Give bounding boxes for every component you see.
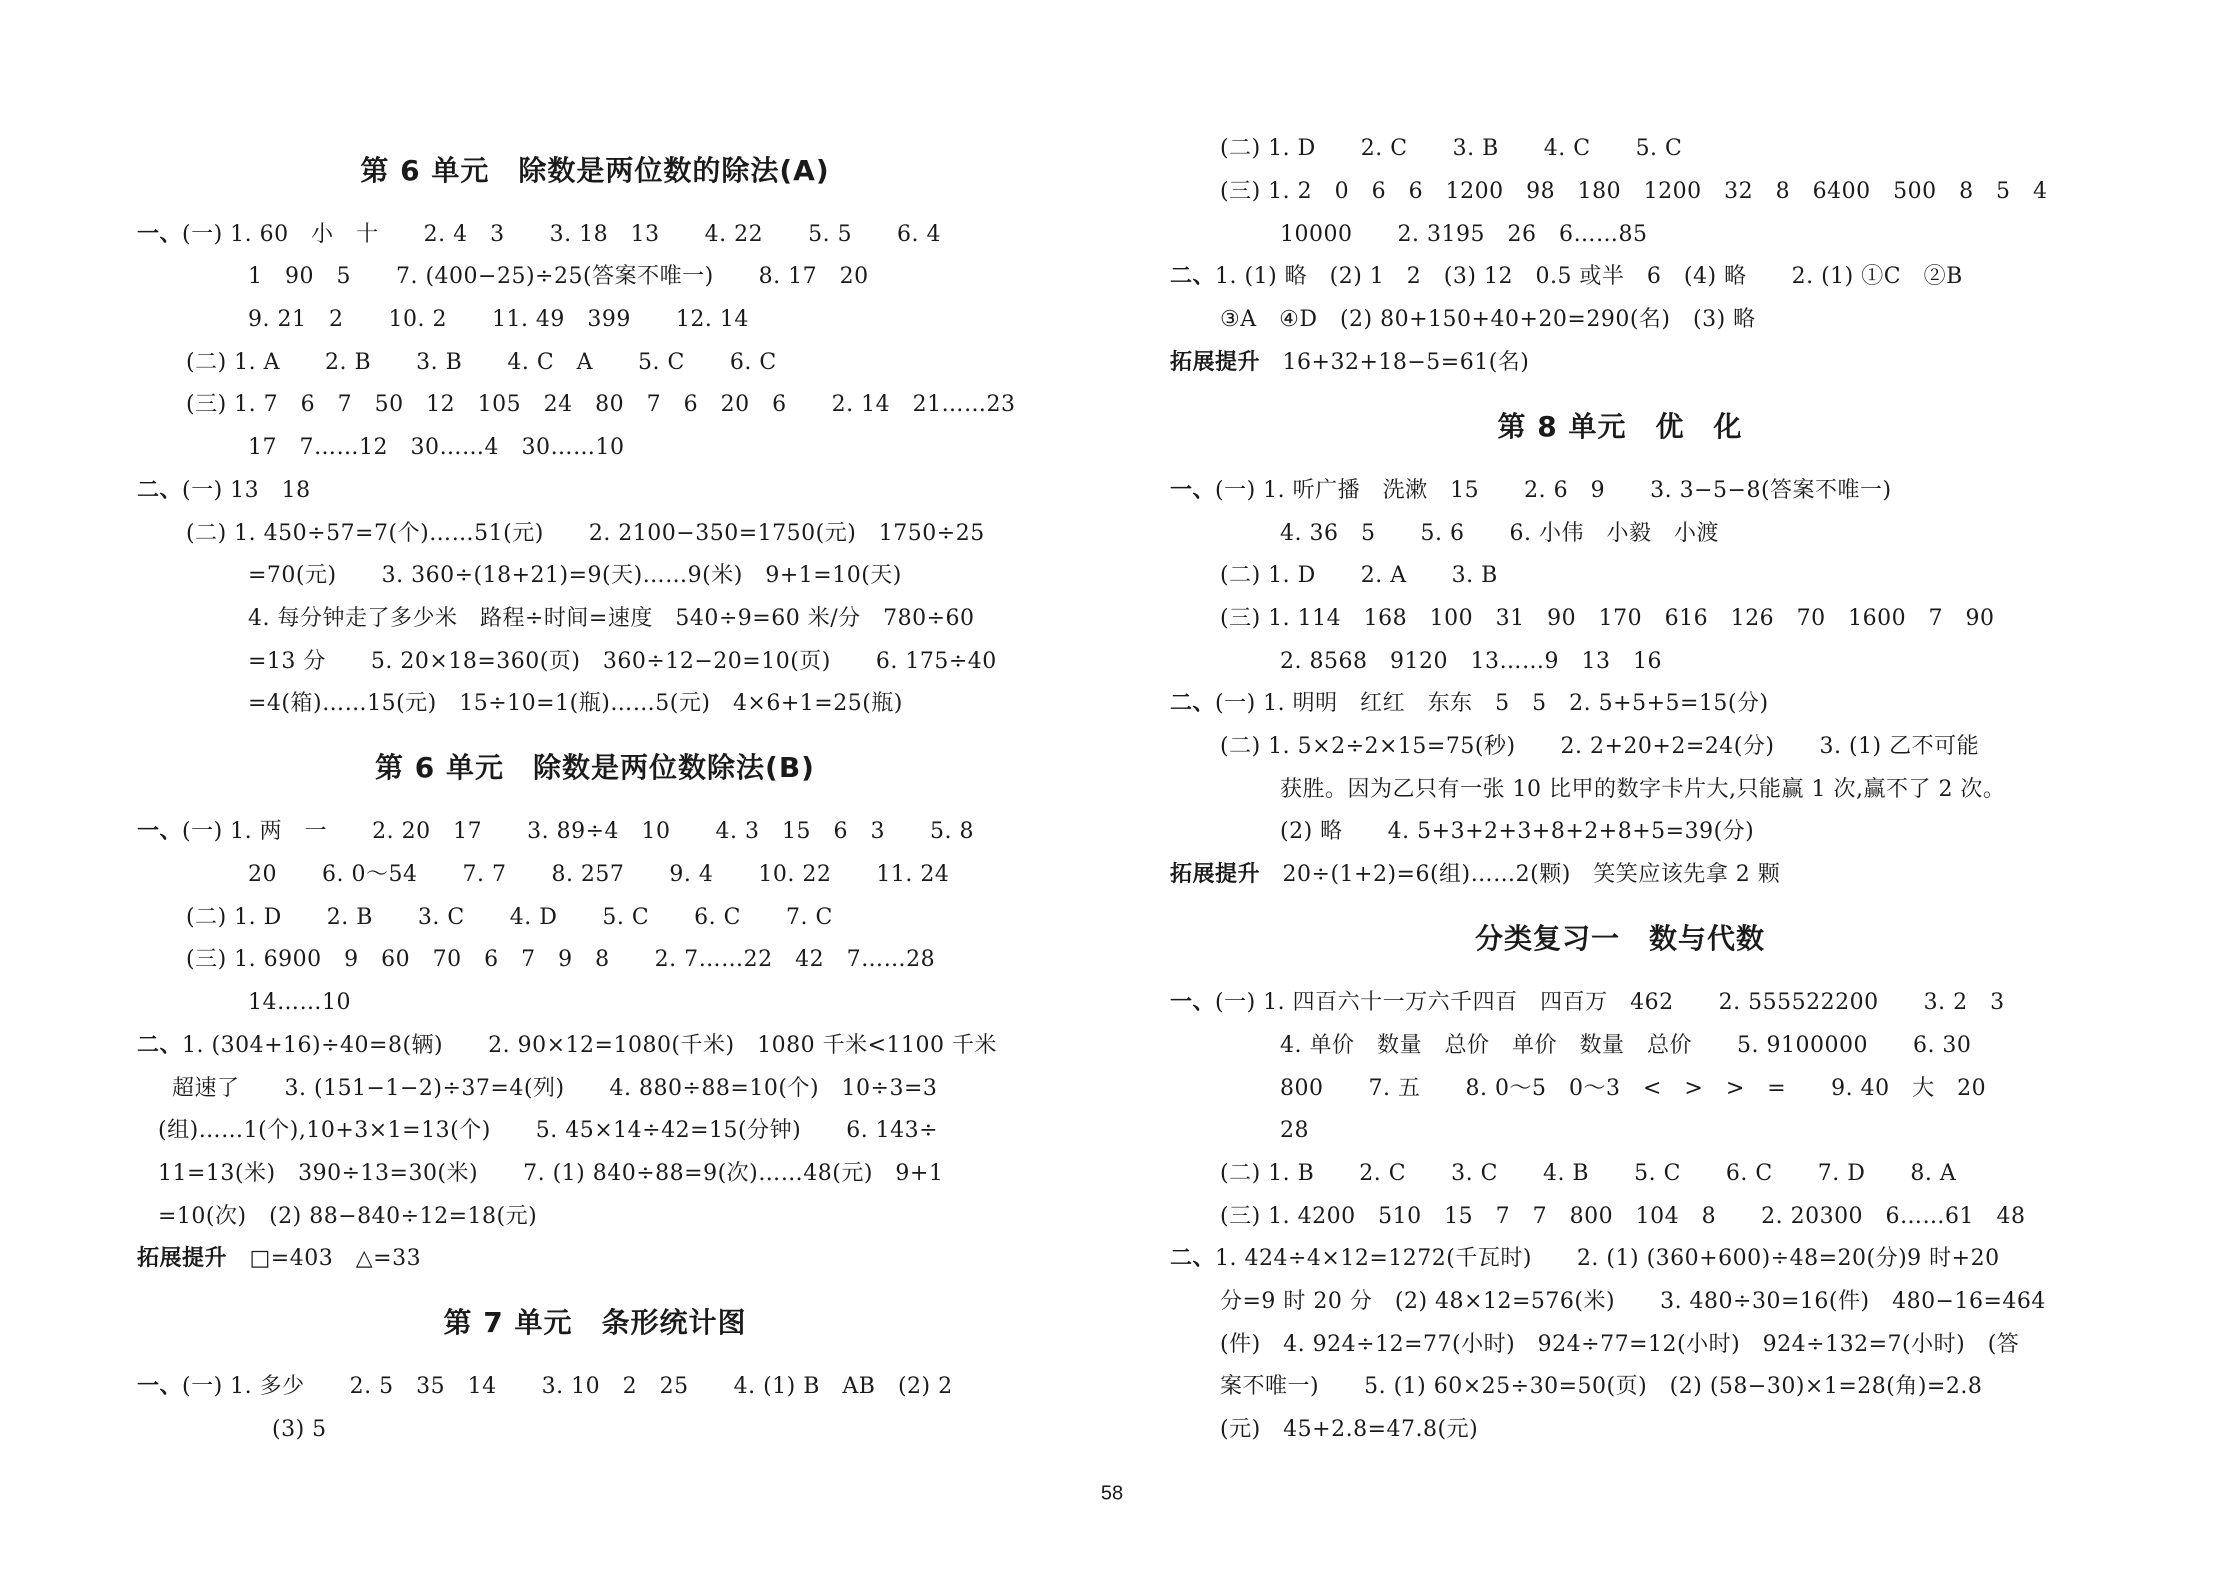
- answer-line: ③A ④D (2) 80+150+40+20=290(名) (3) 略: [1220, 306, 1756, 334]
- answer-text: (二) 1. 5×2÷2×15=75(秒) 2. 2+20+2=24(分) 3.…: [1220, 734, 1979, 759]
- question-marker: 二、: [137, 1033, 182, 1058]
- answer-text: (元) 45+2.8=47.8(元): [1220, 1417, 1478, 1442]
- answer-text: (一) 13 18: [182, 478, 311, 503]
- answer-key-page: 第 6 单元 除数是两位数的除法(A)一、(一) 1. 60 小 十 2. 4 …: [0, 0, 2220, 1571]
- answer-text: 4. 单价 数量 总价 单价 数量 总价 5. 9100000 6. 30: [1280, 1033, 1971, 1058]
- answer-line: 二、(一) 13 18: [137, 477, 311, 505]
- answer-text: 4. 36 5 5. 6 6. 小伟 小毅 小渡: [1280, 521, 1719, 546]
- answer-text: (一) 1. 60 小 十 2. 4 3 3. 18 13 4. 22 5. 5…: [182, 222, 941, 247]
- answer-text: 17 7……12 30……4 30……10: [248, 435, 624, 460]
- answer-line: 9. 21 2 10. 2 11. 49 399 12. 14: [248, 306, 749, 334]
- answer-line: =13 分 5. 20×18=360(页) 360÷12−20=10(页) 6.…: [248, 648, 997, 676]
- answer-line: (2) 略 4. 5+3+2+3+8+2+8+5=39(分): [1280, 818, 1754, 846]
- question-marker: 一、: [137, 819, 182, 844]
- answer-line: (元) 45+2.8=47.8(元): [1220, 1416, 1478, 1444]
- answer-line: 17 7……12 30……4 30……10: [248, 434, 624, 462]
- answer-line: 一、(一) 1. 两 一 2. 20 17 3. 89÷4 10 4. 3 15…: [137, 818, 974, 846]
- answer-text: (3) 5: [272, 1417, 327, 1442]
- answer-line: =10(次) (2) 88−840÷12=18(元): [158, 1203, 537, 1231]
- answer-line: 二、1. 424÷4×12=1272(千瓦时) 2. (1) (360+600)…: [1170, 1245, 2000, 1273]
- answer-text: 获胜。因为乙只有一张 10 比甲的数字卡片大,只能赢 1 次,赢不了 2 次。: [1280, 777, 2005, 802]
- answer-text: (2) 略 4. 5+3+2+3+8+2+8+5=39(分): [1280, 819, 1754, 844]
- extension-label: 拓展提升: [1170, 350, 1260, 375]
- answer-text: (二) 1. B 2. C 3. C 4. B 5. C 6. C 7. D 8…: [1220, 1161, 1956, 1186]
- answer-line: 案不唯一) 5. (1) 60×25÷30=50(页) (2) (58−30)×…: [1220, 1373, 1982, 1401]
- answer-line: 超速了 3. (151−1−2)÷37=4(列) 4. 880÷88=10(个)…: [172, 1075, 937, 1103]
- answer-text: (三) 1. 114 168 100 31 90 170 616 126 70 …: [1220, 606, 1995, 631]
- answer-line: (件) 4. 924÷12=77(小时) 924÷77=12(小时) 924÷1…: [1220, 1331, 2019, 1359]
- answer-line: (三) 1. 114 168 100 31 90 170 616 126 70 …: [1220, 605, 1995, 633]
- answer-text: 1. (304+16)÷40=8(辆) 2. 90×12=1080(千米) 10…: [182, 1033, 997, 1058]
- answer-text: 超速了 3. (151−1−2)÷37=4(列) 4. 880÷88=10(个)…: [172, 1076, 937, 1101]
- answer-line: 28: [1280, 1117, 1309, 1145]
- answer-text: (二) 1. A 2. B 3. B 4. C A 5. C 6. C: [186, 350, 777, 375]
- answer-text: 2. 8568 9120 13……9 13 16: [1280, 649, 1662, 674]
- answer-line: (二) 1. D 2. C 3. B 4. C 5. C: [1220, 135, 1682, 163]
- answer-text: 10000 2. 3195 26 6……85: [1280, 222, 1647, 247]
- answer-text: (一) 1. 四百六十一万六千四百 四百万 462 2. 555522200 3…: [1215, 990, 2005, 1015]
- question-marker: 一、: [1170, 478, 1215, 503]
- question-marker: 一、: [1170, 990, 1215, 1015]
- answer-line: (组)……1(个),10+3×1=13(个) 5. 45×14÷42=15(分钟…: [158, 1117, 938, 1145]
- answer-text: =13 分 5. 20×18=360(页) 360÷12−20=10(页) 6.…: [248, 649, 997, 674]
- answer-line: 10000 2. 3195 26 6……85: [1280, 221, 1647, 249]
- answer-line: 4. 每分钟走了多少米 路程÷时间=速度 540÷9=60 米/分 780÷60: [248, 605, 975, 633]
- answer-text: 1. 424÷4×12=1272(千瓦时) 2. (1) (360+600)÷4…: [1215, 1246, 2000, 1271]
- answer-line: 4. 36 5 5. 6 6. 小伟 小毅 小渡: [1280, 520, 1719, 548]
- answer-text: ③A ④D (2) 80+150+40+20=290(名) (3) 略: [1220, 307, 1756, 332]
- page-number: 58: [1101, 1483, 1123, 1506]
- answer-text: 11=13(米) 390÷13=30(米) 7. (1) 840÷88=9(次)…: [158, 1161, 943, 1186]
- section-title: 第 6 单元 除数是两位数除法(B): [375, 751, 815, 785]
- answer-line: (二) 1. 5×2÷2×15=75(秒) 2. 2+20+2=24(分) 3.…: [1220, 733, 1979, 761]
- answer-line: (二) 1. B 2. C 3. C 4. B 5. C 6. C 7. D 8…: [1220, 1160, 1956, 1188]
- answer-text: 4. 每分钟走了多少米 路程÷时间=速度 540÷9=60 米/分 780÷60: [248, 606, 975, 631]
- answer-line: 分=9 时 20 分 (2) 48×12=576(米) 3. 480÷30=16…: [1220, 1288, 2046, 1316]
- answer-line: 拓展提升 16+32+18−5=61(名): [1170, 349, 1529, 377]
- answer-line: (三) 1. 7 6 7 50 12 105 24 80 7 6 20 6 2.…: [186, 391, 1016, 419]
- answer-line: (二) 1. D 2. A 3. B: [1220, 562, 1498, 590]
- answer-line: 二、1. (1) 略 (2) 1 2 (3) 12 0.5 或半 6 (4) 略…: [1170, 263, 1963, 291]
- answer-line: 800 7. 五 8. 0～5 0～3 < > > = 9. 40 大 20: [1280, 1075, 1986, 1103]
- answer-text: =70(元) 3. 360÷(18+21)=9(天)……9(米) 9+1=10(…: [248, 563, 902, 588]
- answer-text: (三) 1. 4200 510 15 7 7 800 104 8 2. 2030…: [1220, 1204, 2026, 1229]
- answer-text: 分=9 时 20 分 (2) 48×12=576(米) 3. 480÷30=16…: [1220, 1289, 2046, 1314]
- answer-line: 2. 8568 9120 13……9 13 16: [1280, 648, 1662, 676]
- answer-line: (三) 1. 4200 510 15 7 7 800 104 8 2. 2030…: [1220, 1203, 2026, 1231]
- answer-text: (二) 1. D 2. B 3. C 4. D 5. C 6. C 7. C: [186, 905, 833, 930]
- answer-line: 获胜。因为乙只有一张 10 比甲的数字卡片大,只能赢 1 次,赢不了 2 次。: [1280, 776, 2005, 804]
- answer-text: (三) 1. 7 6 7 50 12 105 24 80 7 6 20 6 2.…: [186, 392, 1016, 417]
- answer-line: (二) 1. A 2. B 3. B 4. C A 5. C 6. C: [186, 349, 777, 377]
- answer-text: =4(箱)……15(元) 15÷10=1(瓶)……5(元) 4×6+1=25(瓶…: [248, 691, 903, 716]
- answer-text: □=403 △=33: [227, 1246, 421, 1271]
- answer-line: (二) 1. D 2. B 3. C 4. D 5. C 6. C 7. C: [186, 904, 833, 932]
- answer-line: 拓展提升 20÷(1+2)=6(组)……2(颗) 笑笑应该先拿 2 颗: [1170, 861, 1780, 889]
- answer-line: (3) 5: [272, 1416, 327, 1444]
- answer-text: (二) 1. D 2. A 3. B: [1220, 563, 1498, 588]
- answer-text: 案不唯一) 5. (1) 60×25÷30=50(页) (2) (58−30)×…: [1220, 1374, 1982, 1399]
- answer-text: (一) 1. 两 一 2. 20 17 3. 89÷4 10 4. 3 15 6…: [182, 819, 974, 844]
- question-marker: 一、: [137, 222, 182, 247]
- answer-text: (三) 1. 2 0 6 6 1200 98 180 1200 32 8 640…: [1220, 179, 2048, 204]
- question-marker: 一、: [137, 1374, 182, 1399]
- question-marker: 二、: [137, 478, 182, 503]
- section-title: 第 8 单元 优 化: [1498, 410, 1743, 444]
- answer-line: 一、(一) 1. 多少 2. 5 35 14 3. 10 2 25 4. (1)…: [137, 1373, 953, 1401]
- answer-text: 14……10: [248, 990, 351, 1015]
- answer-line: 拓展提升 □=403 △=33: [137, 1245, 421, 1273]
- section-title: 分类复习一 数与代数: [1475, 922, 1765, 956]
- answer-text: 1. (1) 略 (2) 1 2 (3) 12 0.5 或半 6 (4) 略 2…: [1215, 264, 1963, 289]
- answer-line: =70(元) 3. 360÷(18+21)=9(天)……9(米) 9+1=10(…: [248, 562, 902, 590]
- answer-line: =4(箱)……15(元) 15÷10=1(瓶)……5(元) 4×6+1=25(瓶…: [248, 690, 903, 718]
- answer-line: 一、(一) 1. 60 小 十 2. 4 3 3. 18 13 4. 22 5.…: [137, 221, 941, 249]
- extension-label: 拓展提升: [1170, 862, 1260, 887]
- question-marker: 二、: [1170, 264, 1215, 289]
- answer-text: =10(次) (2) 88−840÷12=18(元): [158, 1204, 537, 1229]
- answer-text: (二) 1. 450÷57=7(个)……51(元) 2. 2100−350=17…: [186, 521, 985, 546]
- answer-text: 16+32+18−5=61(名): [1260, 350, 1529, 375]
- section-title: 第 7 单元 条形统计图: [444, 1306, 747, 1340]
- answer-text: 20÷(1+2)=6(组)……2(颗) 笑笑应该先拿 2 颗: [1260, 862, 1780, 887]
- answer-line: (三) 1. 6900 9 60 70 6 7 9 8 2. 7……22 42 …: [186, 946, 935, 974]
- answer-line: 1 90 5 7. (400−25)÷25(答案不唯一) 8. 17 20: [248, 263, 869, 291]
- answer-text: (三) 1. 6900 9 60 70 6 7 9 8 2. 7……22 42 …: [186, 947, 935, 972]
- answer-line: 4. 单价 数量 总价 单价 数量 总价 5. 9100000 6. 30: [1280, 1032, 1971, 1060]
- answer-line: (二) 1. 450÷57=7(个)……51(元) 2. 2100−350=17…: [186, 520, 985, 548]
- answer-text: (一) 1. 明明 红红 东东 5 5 2. 5+5+5=15(分): [1215, 691, 1769, 716]
- question-marker: 二、: [1170, 1246, 1215, 1271]
- answer-text: (二) 1. D 2. C 3. B 4. C 5. C: [1220, 136, 1682, 161]
- answer-text: 20 6. 0～54 7. 7 8. 257 9. 4 10. 22 11. 2…: [248, 862, 949, 887]
- answer-text: (一) 1. 多少 2. 5 35 14 3. 10 2 25 4. (1) B…: [182, 1374, 953, 1399]
- answer-text: (一) 1. 听广播 洗漱 15 2. 6 9 3. 3−5−8(答案不唯一): [1215, 478, 1892, 503]
- extension-label: 拓展提升: [137, 1246, 227, 1271]
- answer-line: 一、(一) 1. 听广播 洗漱 15 2. 6 9 3. 3−5−8(答案不唯一…: [1170, 477, 1892, 505]
- section-title: 第 6 单元 除数是两位数的除法(A): [360, 154, 829, 188]
- answer-line: 二、1. (304+16)÷40=8(辆) 2. 90×12=1080(千米) …: [137, 1032, 997, 1060]
- question-marker: 二、: [1170, 691, 1215, 716]
- answer-line: 一、(一) 1. 四百六十一万六千四百 四百万 462 2. 555522200…: [1170, 989, 2005, 1017]
- answer-line: 20 6. 0～54 7. 7 8. 257 9. 4 10. 22 11. 2…: [248, 861, 949, 889]
- answer-text: (组)……1(个),10+3×1=13(个) 5. 45×14÷42=15(分钟…: [158, 1118, 938, 1143]
- answer-text: 1 90 5 7. (400−25)÷25(答案不唯一) 8. 17 20: [248, 264, 869, 289]
- answer-text: 9. 21 2 10. 2 11. 49 399 12. 14: [248, 307, 749, 332]
- answer-text: (件) 4. 924÷12=77(小时) 924÷77=12(小时) 924÷1…: [1220, 1332, 2019, 1357]
- answer-text: 28: [1280, 1118, 1309, 1143]
- answer-line: (三) 1. 2 0 6 6 1200 98 180 1200 32 8 640…: [1220, 178, 2048, 206]
- answer-line: 11=13(米) 390÷13=30(米) 7. (1) 840÷88=9(次)…: [158, 1160, 943, 1188]
- answer-line: 14……10: [248, 989, 351, 1017]
- answer-text: 800 7. 五 8. 0～5 0～3 < > > = 9. 40 大 20: [1280, 1076, 1986, 1101]
- answer-line: 二、(一) 1. 明明 红红 东东 5 5 2. 5+5+5=15(分): [1170, 690, 1769, 718]
